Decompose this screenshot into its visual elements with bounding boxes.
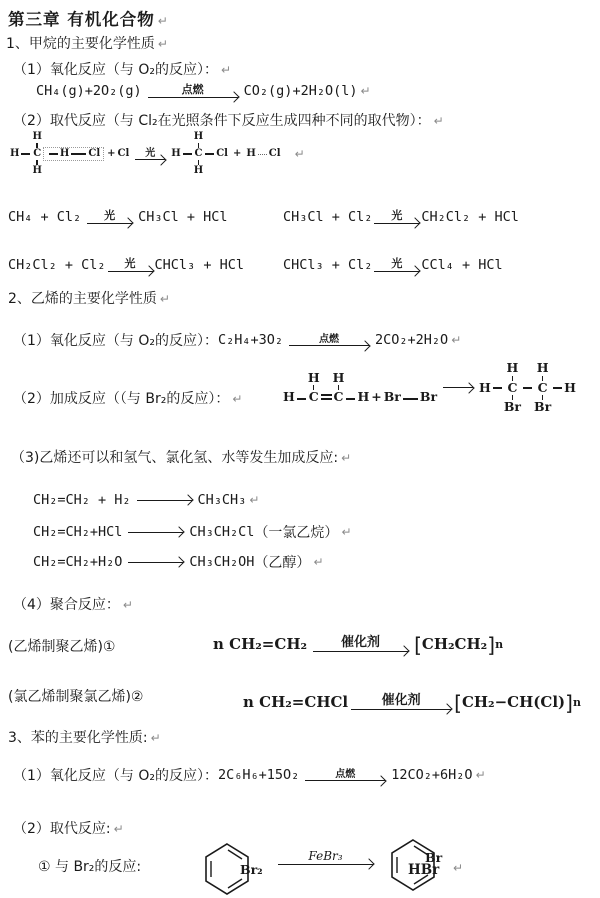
atom-h: H [283,391,295,404]
paragraph-mark: ↵ [313,555,323,569]
repeat-unit: CH₂−CH(Cl) [462,693,565,711]
atom-c: C [194,149,202,159]
byproduct-label: HBr [408,862,439,878]
equation-left: CH₄ + Cl₂ [8,209,81,225]
polymer-bracket-left: [ [454,691,462,715]
chloromethane-molecule: H H C H Cl + H Cl [171,132,280,176]
substitution-equation-4: CHCl₃ + Cl₂ 光 CCl₄ + HCl [283,257,503,273]
atom-h: H [246,149,255,159]
atom-br: Br [384,391,401,404]
reaction-arrow: 光 [87,210,132,224]
s3-substitution-label-line: （2）取代反应:↵ [13,818,124,838]
atom-br: Br [420,391,437,404]
reaction-arrow: FeBr₃ [278,850,373,865]
reaction-arrow: 点燃 [289,334,369,347]
paragraph-mark: ↵ [221,63,231,77]
methane-molecule: H H C H H Cl + Cl [10,132,129,176]
equation-right: CO₂(g)+2H₂O(l) [244,83,358,99]
s2-polymerization-label: （4）聚合反应： [13,597,120,613]
condition-label: 光 [387,210,406,223]
s3-oxidation-line: （1）氧化反应（与 O₂的反应）： 2C₆H₆+15O₂ 点燃 12CO₂+6H… [13,765,486,785]
bond-h [205,153,214,155]
polymer-bracket-right: ] [487,633,495,657]
equation-left: CH₂=CH₂+HCl [33,524,122,540]
atom-h: H [10,149,19,159]
plus-sign: + [233,149,241,159]
atom-cl: Cl [216,149,228,159]
s2-oxidation-line: （1）氧化反应（与 O₂的反应）： C₂H₄+3O₂ 点燃 2CO₂+2H₂O … [13,330,461,350]
condition-label: 点燃 [178,84,208,97]
bond-h [183,153,192,155]
reaction-arrow: 光 [374,210,419,224]
equation-left: CH₃Cl + Cl₂ [283,209,372,225]
arrow-line-icon [313,651,408,652]
carbon-stack: H C H [194,132,203,176]
equation-right: CHCl₃ + HCl [155,257,244,273]
arrow-line-icon [374,223,419,224]
condition-label: 点燃 [315,334,343,346]
atom-h: H [60,149,69,159]
atom-h: H [194,166,203,176]
section3-heading-line: 3、苯的主要化学性质:↵ [8,727,161,747]
section2-heading: 2、乙烯的主要化学性质 [8,291,157,307]
reaction-arrow: 光 [135,148,165,161]
atom-h: H [564,382,576,395]
atom-br: Br [504,401,521,414]
condition-label: 光 [121,258,140,271]
section3-heading: 3、苯的主要化学性质: [8,730,148,746]
reaction-arrow: 光 [374,258,419,272]
equation-right: CH₂Cl₂ + HCl [421,209,519,225]
bond-h [403,398,418,400]
carbon-stack: H C H [32,132,41,176]
poly-note-1: (乙烯制聚乙烯)① [8,636,115,656]
s2-oxidation-label: （1）氧化反应（与 O₂的反应）： [13,330,218,350]
paragraph-mark: ↵ [360,84,370,98]
equation-right: CCl₄ + HCl [421,257,502,273]
atom-c: C [33,149,41,159]
carbon-stack: H C [308,372,320,404]
plus-sign: + [371,391,381,404]
arrow-line-icon [128,532,183,533]
equation-right: CH₃Cl + HCl [138,209,227,225]
condition-label: 光 [100,210,119,223]
arrow-line-icon [289,345,369,346]
reaction-arrow [128,562,183,563]
section1-heading-line: 1、甲烷的主要化学性质↵ [6,33,168,53]
addition-equation-3: CH₂=CH₂+H₂O CH₃CH₂OH （乙醇） ↵ [33,552,324,572]
reactant-attachment-label: Br₂ [240,862,263,877]
bond-h [297,398,306,400]
product-note: （一氯乙烷） [254,522,338,542]
bond-h-faint [258,154,267,155]
bond-h [49,153,58,155]
atom-c: C [538,382,548,395]
bond-h [553,387,562,389]
arrow-line-icon [374,271,419,272]
carbon-stack: H C Br [534,362,551,414]
equation-right: 12CO₂+6H₂O [391,767,472,783]
product-note: （乙醇） [254,552,310,572]
atom-h: H [194,132,203,142]
s2-more-addition-label: （3)乙烯还可以和氢气、氯化氢、水等发生加成反应: [11,450,338,466]
paragraph-mark: ↵ [123,598,133,612]
equation-left: n CH₂=CHCl [243,693,348,711]
s3-substitution-label: （2）取代反应: [13,821,111,837]
equation-left: CH₄(g)+2O₂(g) [36,83,142,99]
polymerization-equation-1: n CH₂=CH₂ 催化剂 [CH₂CH₂]n [213,632,503,656]
paragraph-mark: ↵ [160,292,170,306]
s2-addition-label-line: （2）加成反应（（与 Br₂的反应）：↵ [13,388,242,408]
double-bond [321,394,332,400]
substitution-equation-3: CH₂Cl₂ + Cl₂ 光 CHCl₃ + HCl [8,257,244,273]
atom-h: H [357,391,369,404]
s1-substitution-label-line: （2）取代反应（与 Cl₂在光照条件下反应生成四种不同的取代物）：↵ [13,110,444,130]
arrow-line-icon [87,223,132,224]
s3-br-reaction-label-line: ① 与 Br₂的反应: [38,856,141,876]
paragraph-mark: ↵ [453,861,463,875]
s1-oxidation-equation: CH₄(g)+2O₂(g) 点燃 CO₂(g)+2H₂O(l) ↵ [36,83,371,99]
methane-substitution-diagram: H H C H H Cl + Cl 光 H H [10,132,305,176]
atom-h: H [507,362,519,375]
repeat-subscript: n [573,696,581,709]
atom-h: H [32,132,41,142]
chapter-title-line: 第三章 有机化合物↵ [8,6,168,30]
arrow-line-icon [137,500,192,501]
arrow-line-icon [351,709,451,710]
exchange-highlight-box: H Cl [43,147,104,161]
repeat-unit: CH₂CH₂ [422,635,487,653]
paragraph-mark: ↵ [249,493,259,507]
arrow-line-icon [443,387,473,388]
arrow-line-icon [135,159,165,160]
equation-right: CH₃CH₂Cl [189,524,254,540]
paragraph-mark: ↵ [151,731,161,745]
ethylene-molecule: H H C H C H + Br Br [283,372,437,404]
paragraph-mark: ↵ [476,768,486,782]
condition-label: FeBr₃ [304,850,346,864]
reaction-arrow: 光 [108,258,153,272]
paragraph-mark: ↵ [158,37,168,51]
reaction-arrow [443,387,473,388]
addition-equation-1: CH₂=CH₂ + H₂ CH₃CH₃ ↵ [33,492,259,508]
reaction-arrow: 点燃 [148,84,238,98]
atom-c: C [334,391,344,404]
atom-h: H [171,149,180,159]
poly-note-1-text: (乙烯制聚乙烯)① [8,639,115,655]
equation-left: CH₂=CH₂ + H₂ [33,492,131,508]
atom-cl: Cl [88,149,100,159]
paragraph-mark: ↵ [158,14,168,28]
arrow-line-icon [148,97,238,98]
dibromoethane-molecule: H H C Br H C Br H [479,362,576,414]
arrow-line-icon [305,780,385,781]
equation-left: C₂H₄+3O₂ [218,332,283,348]
arrow-line-icon [108,271,153,272]
reaction-arrow: 催化剂 [313,636,408,652]
condition-label: 点燃 [331,769,359,781]
equation-right: CH₃CH₃ [198,492,247,508]
reaction-arrow [128,532,183,533]
atom-cl: Cl [269,149,281,159]
section2-heading-line: 2、乙烯的主要化学性质↵ [8,288,170,308]
equation-left: n CH₂=CH₂ [213,635,307,653]
atom-h: H [479,382,491,395]
arrow-line-icon [278,864,373,865]
bond-h [21,153,30,155]
condition-label: 光 [387,258,406,271]
substitution-equation-1: CH₄ + Cl₂ 光 CH₃Cl + HCl [8,209,228,225]
bond-h [493,387,502,389]
polymerization-equation-2: n CH₂=CHCl 催化剂 [CH₂−CH(Cl)]n [243,690,581,714]
benzene-reaction-arrow-line: FeBr₃ [272,850,379,865]
s2-addition-label: （2）加成反应（（与 Br₂的反应）： [13,391,229,407]
atom-h: H [333,372,345,385]
condition-label: 催化剂 [337,636,384,651]
s2-more-addition-label-line: （3)乙烯还可以和氢气、氯化氢、水等发生加成反应:↵ [11,447,351,467]
atom-cl: Cl [118,149,130,159]
bond-h [346,398,355,400]
equation-left: CH₂=CH₂+H₂O [33,554,122,570]
ethylene-addition-diagram: H H C H C H + Br Br H H [283,362,576,414]
paragraph-mark: ↵ [434,114,444,128]
paragraph-mark: ↵ [341,451,351,465]
arrow-line-icon [128,562,183,563]
equation-left: CH₂Cl₂ + Cl₂ [8,257,106,273]
equation-left: 2C₆H₆+15O₂ [218,767,299,783]
section1-heading: 1、甲烷的主要化学性质 [6,36,155,52]
paragraph-mark: ↵ [451,333,461,347]
s3-br-reaction-label: ① 与 Br₂的反应: [38,859,141,875]
bond-h [71,153,86,155]
s1-oxidation-label-line: （1）氧化反应（与 O₂的反应）：↵ [13,59,231,79]
reaction-arrow: 催化剂 [351,694,451,710]
addition-equation-2: CH₂=CH₂+HCl CH₃CH₂Cl （一氯乙烷） ↵ [33,522,352,542]
paragraph-mark: ↵ [295,147,305,161]
equation-left: CHCl₃ + Cl₂ [283,257,372,273]
reaction-arrow [137,500,192,501]
reaction-arrow: 点燃 [305,769,385,782]
atom-br: Br [534,401,551,414]
bond-h [523,387,532,389]
atom-c: C [309,391,319,404]
condition-label: 催化剂 [378,694,425,709]
poly-note-2: (氯乙烯制聚氯乙烯)② [8,686,143,706]
plus-sign: + [107,149,115,159]
document-page: 第三章 有机化合物↵ 1、甲烷的主要化学性质↵ （1）氧化反应（与 O₂的反应）… [0,0,600,898]
s1-substitution-label: （2）取代反应（与 Cl₂在光照条件下反应生成四种不同的取代物）： [13,113,431,129]
atom-h: H [308,372,320,385]
s1-oxidation-label: （1）氧化反应（与 O₂的反应）： [13,62,218,78]
equation-right: CH₃CH₂OH [189,554,254,570]
s3-oxidation-label: （1）氧化反应（与 O₂的反应）： [13,765,218,785]
atom-h: H [537,362,549,375]
atom-h: H [32,166,41,176]
paragraph-mark: ↵ [341,525,351,539]
polymer-bracket-left: [ [414,633,422,657]
atom-c: C [507,382,517,395]
equation-right: 2CO₂+2H₂O [375,332,448,348]
s2-polymerization-label-line: （4）聚合反应：↵ [13,594,133,614]
carbon-stack: H C [333,372,345,404]
repeat-subscript: n [495,638,503,651]
polymer-bracket-right: ] [565,691,573,715]
poly-note-2-text: (氯乙烯制聚氯乙烯)② [8,689,143,705]
substitution-equation-2: CH₃Cl + Cl₂ 光 CH₂Cl₂ + HCl [283,209,519,225]
paragraph-mark: ↵ [114,822,124,836]
page-title: 第三章 有机化合物 [8,10,155,29]
paragraph-mark: ↵ [232,392,242,406]
carbon-stack: H C Br [504,362,521,414]
